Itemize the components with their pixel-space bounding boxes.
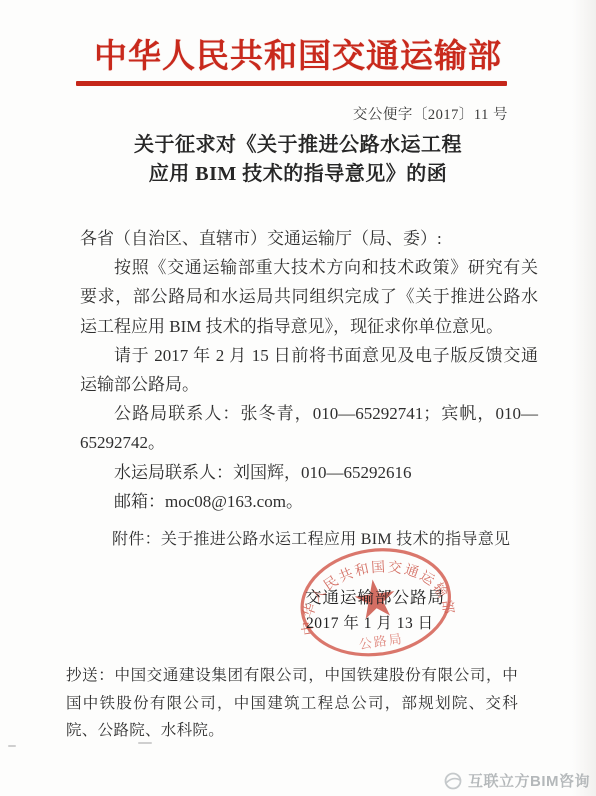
watermark-logo-icon [443, 771, 463, 791]
body-paragraph: 邮箱：moc08@163.com。 [80, 487, 538, 516]
body-paragraph: 按照《交通运输部重大技术方向和技术政策》研究有关要求，部公路局和水运局共同组织完… [80, 253, 538, 341]
document-number: 交公便字〔2017〕11 号 [353, 103, 508, 124]
scan-artifact [138, 742, 152, 744]
body-paragraph: 水运局联系人：刘国辉，010—65292616 [80, 458, 538, 487]
body-paragraph: 公路局联系人：张冬青，010—65292741；宾帆，010—65292742。 [80, 399, 538, 457]
salutation: 各省（自治区、直辖市）交通运输厅（局、委）: [80, 224, 538, 253]
watermark: 互联立方BIM咨询 [443, 770, 590, 791]
scan-artifact [8, 745, 16, 747]
ministry-letterhead-title: 中华人民共和国交通运输部 [0, 30, 596, 77]
body-paragraph: 请于 2017 年 2 月 15 日前将书面意见及电子版反馈交通运输部公路局。 [80, 341, 538, 399]
document-body: 各省（自治区、直辖市）交通运输厅（局、委）: 按照《交通运输部重大技术方向和技术… [80, 224, 538, 516]
signature-organization: 交通运输部公路局 [305, 584, 445, 608]
document-title: 关于征求对《关于推进公路水运工程 应用 BIM 技术的指导意见》的函 [0, 131, 596, 189]
document-title-line1: 关于征求对《关于推进公路水运工程 [0, 131, 596, 160]
document-title-line2: 应用 BIM 技术的指导意见》的函 [0, 160, 596, 189]
signature-date: 2017 年 1 月 13 日 [306, 611, 434, 633]
document-page: { "page": { "org_name": "中华人民共和国交通运输部", … [0, 0, 596, 796]
watermark-text: 互联立方BIM咨询 [468, 770, 590, 791]
red-divider-line [76, 81, 507, 86]
seal-bottom-text: 公路局 [358, 631, 405, 652]
